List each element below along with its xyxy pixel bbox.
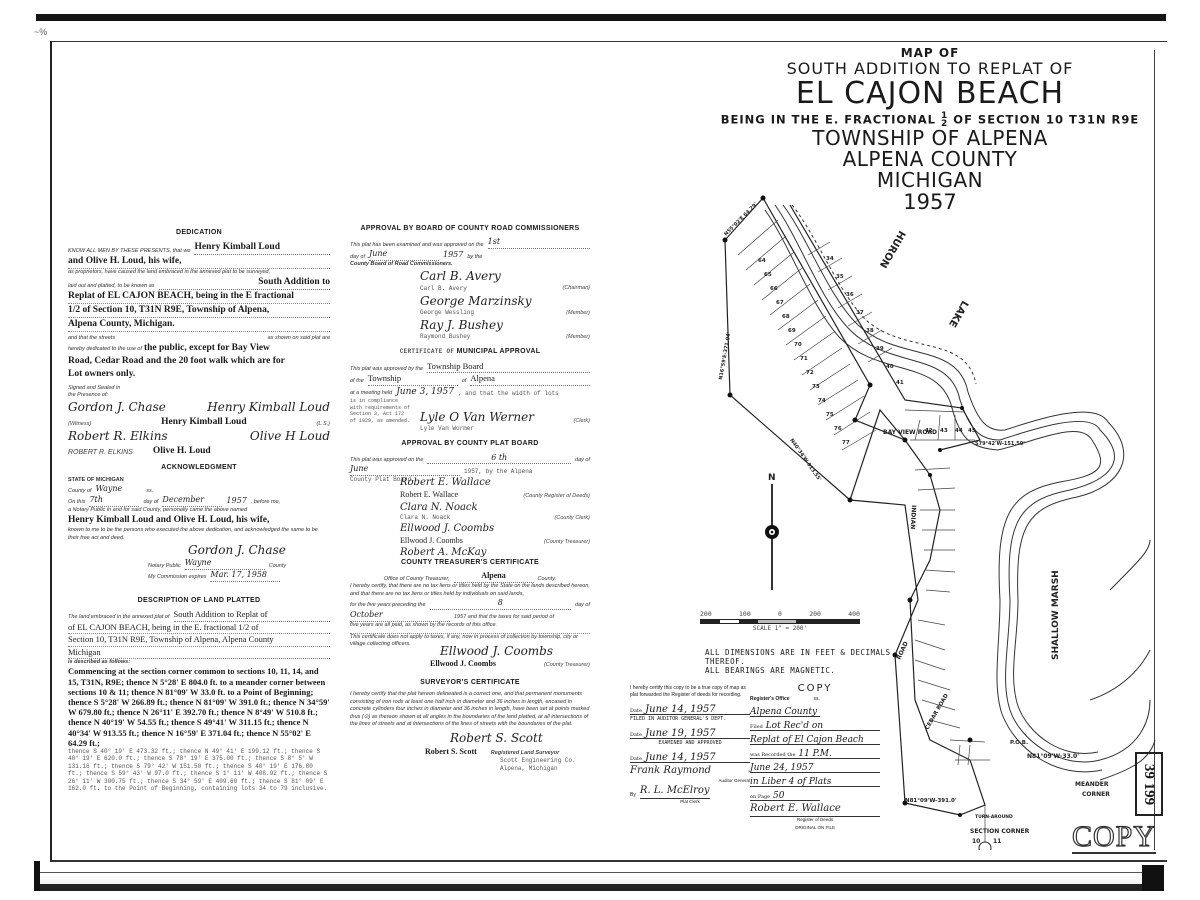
deputy-signature: R. L. McElroy (640, 784, 710, 799)
bottom-scan-border (34, 872, 1164, 891)
road-label: ROAD (895, 640, 909, 660)
bearing-left: N16°59'E-371.04' (718, 331, 732, 380)
ack-day: 7th (89, 495, 139, 507)
plat-role-2: (County Clerk) (555, 515, 590, 522)
treasurer-county-name: Alpena (454, 571, 534, 583)
witness-signature-1: Gordon J. Chase (68, 399, 166, 415)
witness-label: (Witness) (68, 421, 91, 428)
being-prefix: BEING IN THE E. FRACTIONAL (721, 113, 936, 127)
bearing-right: S79°42'W-151.50' (975, 441, 1025, 447)
svg-text:77: 77 (842, 440, 850, 446)
lake-label-huron: HURON (877, 229, 907, 270)
plat-typed-3: Ellwood J. Coombs (400, 536, 463, 547)
desc-name-2: of EL CAJON BEACH, being in the E. fract… (68, 622, 330, 634)
streets-text: and that the streets (68, 335, 115, 342)
plat-line1: This plat was approved on the (350, 457, 423, 464)
desc-name-1: South Addition to Replat of (174, 609, 330, 621)
register-county: Alpena County (750, 706, 820, 717)
svg-text:44: 44 (955, 428, 963, 434)
auditor-date-2: Date June 19, 1957 (630, 727, 750, 739)
marsh-label: SHALLOW MARSH (1051, 570, 1061, 660)
lake-label-lake: LAKE (946, 299, 970, 329)
muni-clerk-sig: Lyle O Van Werner (420, 409, 534, 425)
treasurer-day: 8 (430, 598, 572, 610)
owner-typed-2: Olive H. Loud (153, 445, 211, 458)
road-commissioners-heading: APPROVAL BY BOARD OF COUNTY ROAD COMMISS… (350, 224, 590, 233)
treasurer-heading: COUNTY TREASURER'S CERTIFICATE (350, 558, 590, 567)
witness-typed-2: ROBERT R. ELKINS (68, 448, 133, 457)
svg-text:36: 36 (846, 292, 854, 298)
muni-meeting: at a meeting held (350, 390, 392, 397)
svg-text:68: 68 (782, 314, 790, 320)
use-line-2: Road, Cedar Road and the 20 foot walk wh… (68, 355, 330, 368)
desc-intro: The land embraced in the annexed plat of (68, 614, 170, 621)
bearing-top: N55°02'E 64.29' (723, 201, 759, 237)
road-by-the: by the (467, 254, 482, 261)
road-typed-2: George Wessling (420, 309, 474, 317)
corner-mark: ~% (34, 27, 47, 37)
svg-text:70: 70 (794, 342, 802, 348)
svg-text:41: 41 (896, 380, 904, 386)
plat-day-of: day of (575, 457, 590, 464)
scale-graphic (700, 619, 860, 624)
muni-township: Township (368, 373, 458, 385)
plat-year: 1957, by the Alpena (464, 468, 532, 476)
being-suffix: OF SECTION 10 T31N R9E (953, 113, 1139, 127)
scale-label: SCALE 1" = 200' (700, 625, 860, 632)
svg-text:76: 76 (834, 426, 842, 432)
road-month: June (369, 249, 439, 261)
bearing-meander: N81°09'W-33.0' (1027, 753, 1079, 760)
north-arrow: N (765, 473, 779, 590)
muni-compliance: is in compliance with requirements of Se… (350, 398, 410, 425)
cedar-road-label: CEDAR ROAD (925, 693, 951, 731)
ls-mark: (L.S.) (317, 421, 330, 428)
svg-text:71: 71 (800, 356, 808, 362)
muni-width-text: , and that the width of lots (458, 390, 559, 398)
plat-typed-1: Robert E. Wallace (400, 490, 458, 501)
treasurer-text: I hereby certify, that there are no tax … (350, 583, 590, 598)
presence-of: the Presence of: (68, 392, 330, 399)
file-number-box: 39 199 (1135, 752, 1163, 816)
top-scan-border (36, 14, 1166, 21)
plat-month: June (350, 464, 460, 476)
scale-tick: 0 (778, 610, 782, 618)
svg-text:66: 66 (770, 286, 778, 292)
ack-county-label: County of (68, 488, 92, 495)
plat-day: 6 th (427, 453, 571, 465)
know-all-text: KNOW ALL MEN BY THESE PRESENTS, that we (68, 248, 190, 255)
treasurer-signature: Ellwood J. Coombs (440, 643, 590, 659)
owner-typed-1: Henry Kimball Loud (161, 416, 247, 429)
svg-text:64: 64 (758, 258, 766, 264)
before-me: , before me, (251, 499, 280, 506)
use-line-1: the public, except for Bay View (144, 343, 270, 353)
road-signatures: Carl B. Avery Carl B. Avery(Chairman) Ge… (420, 268, 590, 341)
svg-text:35: 35 (836, 274, 844, 280)
register-date: June 24, 1957 (750, 762, 880, 773)
plat-typed-2: Clara N. Noack (400, 514, 450, 522)
file-number: 39 199 (1141, 763, 1158, 804)
treasurer-office: Office of County Treasurer, (384, 576, 450, 583)
scale-tick: 100 (739, 610, 751, 618)
lot-numbers-block-c: 4243 4445 (925, 428, 976, 434)
auditor-filed: FILED IN AUDITOR GENERAL'S DEPT. (630, 716, 750, 723)
ack-state: STATE OF MICHIGAN (68, 477, 330, 484)
use-line-3: Lot owners only. (68, 368, 330, 381)
plat-name-2: Replat of EL CAJON BEACH, being in the E… (68, 290, 330, 304)
notary-text: a Notary Public in and for said County, … (68, 507, 330, 514)
county-word: County (269, 563, 286, 570)
meander-label: MEANDER (1075, 781, 1109, 788)
svg-text:67: 67 (776, 300, 784, 306)
as-shown-text: as shown on said plat are (268, 335, 330, 342)
road-sig-2: George Marzinsky (420, 293, 590, 309)
bearing-bottom: N81°09'W-391.0' (905, 798, 957, 804)
road-board: County Board of Road Commissioners. (350, 261, 590, 268)
owner-signature-2: Olive H Loud (250, 428, 330, 444)
dimension-notes: ALL DIMENSIONS ARE IN FEET & DECIMALS TH… (705, 648, 891, 675)
register-recorded: was Recorded the 11 P.M. (750, 748, 880, 759)
turn-around-label: TURN-AROUND (975, 814, 1013, 820)
svg-text:40: 40 (886, 364, 894, 370)
treasurer-day-of: day of (575, 602, 590, 609)
treasurer-role: (County Treasurer) (544, 662, 590, 669)
lot-numbers-block-b: 3435 3637 3839 4041 (826, 256, 904, 386)
plat-signatures: Robert E. Wallace Robert E. Wallace(Coun… (400, 476, 590, 560)
note-line-1: ALL DIMENSIONS ARE IN FEET & DECIMALS (705, 648, 891, 657)
ack-county: Wayne (96, 484, 123, 495)
ack-month: December (162, 495, 222, 507)
title-name: EL CAJON BEACH (700, 78, 1160, 110)
owner-signature-1: Henry Kimball Loud (207, 399, 330, 415)
register-copy-heading: COPY (750, 682, 880, 696)
notary-county: Wayne (185, 558, 265, 570)
note-line-3: ALL BEARINGS ARE MAGNETIC. (705, 666, 891, 675)
svg-text:72: 72 (806, 370, 814, 376)
auditor-signature: Frank Raymond (630, 764, 750, 778)
title-county: ALPENA COUNTY (700, 149, 1160, 170)
road-role-3: (Member) (566, 334, 590, 341)
treasurer-year: 1957 and that the taxes for said period … (454, 614, 554, 621)
proprietors-text: as proprietors, have caused the land emb… (68, 269, 330, 276)
ack-year: 1957 (226, 496, 246, 507)
svg-text:11: 11 (993, 838, 1001, 845)
commission-date: Mar. 17, 1958 (210, 570, 280, 582)
road-sig-3: Ray J. Bushey (420, 317, 590, 333)
road-typed-3: Raymond Bushey (420, 333, 470, 341)
plat-sig-1: Robert E. Wallace (400, 476, 590, 490)
witness-signature-2: Robert R. Elkins (68, 428, 168, 444)
treasurer-paid: five years are all paid, as shown by the… (350, 622, 590, 629)
muni-of-the: of the (350, 378, 364, 385)
treasurer-five-years: for the five years preceding the (350, 602, 426, 609)
svg-text:65: 65 (764, 272, 772, 278)
deputy-role: Plat Clerk (630, 799, 750, 805)
surveyor-role: Registered Land Surveyor (491, 750, 559, 757)
scale-bar: 200 100 0 200 400 SCALE 1" = 200' (700, 610, 860, 632)
title-block: MAP OF SOUTH ADDITION TO REPLAT OF EL CA… (700, 46, 1160, 213)
svg-text:69: 69 (788, 328, 796, 334)
note-line-2: THEREOF. (705, 657, 891, 666)
muni-place: Alpena (470, 373, 590, 385)
muni-clerk-typed: Lyle Van Wormer (420, 425, 590, 433)
treasurer-typed: Ellwood J. Coombs (430, 659, 496, 670)
surveyor-signature: Robert S. Scott (450, 730, 590, 746)
svg-text:75: 75 (826, 412, 834, 418)
ack-persons: Henry Kimball Loud and Olive H. Loud, hi… (68, 514, 330, 527)
known-text: known to me to be the persons who execut… (68, 527, 330, 542)
road-line1: This plat has been examined and was appr… (350, 242, 484, 249)
muni-of: of (462, 378, 467, 385)
muni-board: Township Board (427, 361, 590, 373)
svg-text:39: 39 (876, 346, 884, 352)
auditor-examined: EXAMINED AND APPROVED (630, 740, 750, 747)
svg-text:38: 38 (866, 328, 874, 334)
hereby-text: hereby dedicated to the use of (68, 346, 142, 352)
register-signature: Robert E. Wallace (750, 802, 880, 817)
approvals-column: APPROVAL BY BOARD OF COUNTY ROAD COMMISS… (350, 222, 590, 774)
dedication-section: DEDICATION KNOW ALL MEN BY THESE PRESENT… (68, 226, 330, 793)
desc-body-bold: Commencing at the section corner common … (68, 666, 330, 748)
svg-text:43: 43 (940, 428, 948, 434)
notary-public-label: Notary Public (148, 563, 181, 570)
muni-date: June 3, 1957 (396, 386, 454, 398)
svg-text:10: 10 (972, 838, 980, 845)
auditor-date-1: Date June 14, 1957 (630, 703, 750, 715)
owner-2: and Olive H. Loud, his wife, (68, 255, 330, 269)
desc-name-3: Section 10, T31N R9E, Township of Alpena… (68, 634, 330, 646)
surveyor-typed: Robert S. Scott (425, 747, 477, 758)
plat-sig-3: Ellwood J. Coombs (400, 522, 590, 536)
copy-stamp: COPY (1072, 822, 1156, 854)
road-role-1: (Chairman) (562, 285, 590, 292)
signed-sealed: Signed and Sealed in (68, 385, 330, 392)
road-sig-1: Carl B. Avery (420, 268, 590, 284)
register-role: Register of Deeds (750, 817, 880, 823)
muni-clerk-role: (Clerk) (574, 418, 591, 425)
plat-name-3: 1/2 of Section 10, T31N R9E, Township of… (68, 304, 330, 318)
desc-name-4: Michigan (68, 647, 330, 659)
indian-road-label: INDIAN (909, 505, 917, 529)
title-township: TOWNSHIP OF ALPENA (700, 128, 1160, 149)
dedication-heading: DEDICATION (68, 228, 330, 237)
svg-text:42: 42 (925, 428, 933, 434)
svg-text:37: 37 (856, 310, 864, 316)
plat-role-1: (County Register of Deeds) (523, 493, 590, 500)
pob-label: P.O.B. (1010, 740, 1028, 746)
plat-name-1: South Addition to (159, 276, 330, 290)
commission-label: My Commission expires (148, 574, 206, 581)
surveyor-text: I hereby certify that the plat hereon de… (350, 691, 590, 728)
register-filed-2: Replat of El Cajon Beach (750, 734, 880, 745)
treasurer-county-word: County. (538, 576, 557, 583)
acknowledgment-heading: ACKNOWLEDGMENT (68, 463, 330, 472)
register-ss: ss. (814, 696, 820, 703)
svg-text:73: 73 (812, 384, 820, 390)
auditor-certificate: I hereby certify this copy to be a true … (630, 685, 750, 806)
register-filed: Filed Lot Rec'd on (750, 720, 880, 731)
desc-described: is described as follows: (68, 659, 330, 666)
register-liber: in Liber 4 of Plats (750, 776, 880, 787)
plat-board-heading: APPROVAL BY COUNTY PLAT BOARD (350, 439, 590, 448)
auditor-text: I hereby certify this copy to be a true … (630, 685, 750, 699)
surveyor-company: Scott Engineering Co. (500, 757, 590, 765)
scale-tick: 400 (848, 610, 860, 618)
title-map-of: MAP OF (700, 46, 1160, 60)
svg-text:N: N (768, 473, 776, 483)
plat-role-3: (County Treasurer) (544, 539, 590, 546)
plat-sig-2: Clara N. Noack (400, 501, 590, 515)
svg-text:74: 74 (818, 398, 826, 404)
owner-1: Henry Kimball Loud (194, 241, 330, 255)
notary-signature: Gordon J. Chase (188, 542, 330, 558)
desc-body-typed: thence S 40° 19' E 473.32 ft.; thence N … (68, 748, 330, 793)
ack-ss: ss. (146, 488, 153, 495)
laid-out-text: laid out and platted, to be known as (68, 283, 155, 290)
register-certificate: COPY Register's Officess. Alpena County … (750, 682, 880, 832)
muni-approved-by: This plat was approved by the (350, 366, 423, 373)
description-heading: DESCRIPTION OF LAND PLATTED (68, 596, 330, 605)
section-corner-label: SECTION CORNER (970, 828, 1030, 835)
plat-name-4: Alpena County, Michigan. (68, 318, 330, 332)
municipal-heading: CERTIFICATE OF MUNICIPAL APPROVAL (350, 347, 590, 356)
road-year: 1957 (443, 250, 463, 261)
register-office: Register's Office (750, 696, 790, 703)
auditor-date-3: Date June 14, 1957 (630, 751, 750, 763)
section-corner-symbol (979, 842, 991, 850)
bearing-diagonal: N40°34'W-913.55' (788, 438, 822, 483)
road-day: 1st (488, 237, 590, 249)
road-day-of: day of (350, 254, 365, 261)
scale-tick: 200 (809, 610, 821, 618)
on-this: On this (68, 499, 85, 506)
treasurer-month: October (350, 610, 450, 622)
road-role-2: (Member) (566, 310, 590, 317)
svg-text:34: 34 (826, 256, 834, 262)
title-state: MICHIGAN (700, 170, 1160, 191)
meander-corner-label: CORNER (1082, 791, 1110, 798)
register-page: on Page 50 (750, 790, 820, 801)
road-typed-1: Carl B. Avery (420, 285, 467, 293)
surveyor-city: Alpena, Michigan (500, 765, 590, 773)
auditor-by: By (630, 792, 636, 799)
svg-text:45: 45 (968, 428, 976, 434)
ack-day-of: day of (143, 499, 158, 506)
surveyor-heading: SURVEYOR'S CERTIFICATE (350, 678, 590, 687)
scale-tick: 200 (700, 610, 712, 618)
original-on-file: ORIGINAL ON FILE (750, 825, 880, 831)
